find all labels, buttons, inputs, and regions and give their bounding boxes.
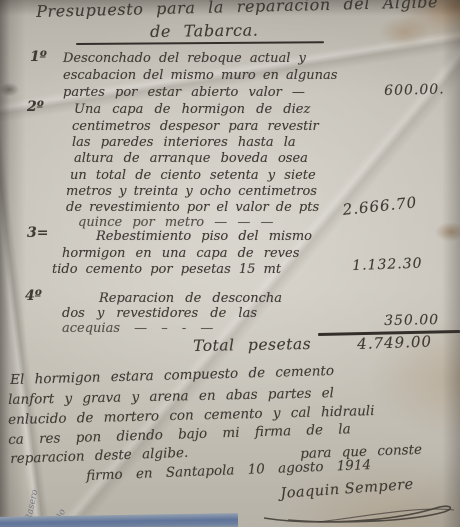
item-2-line: Una capa de hormigon de diez xyxy=(74,102,310,117)
item-2-line: quince por metro — — — xyxy=(78,215,274,230)
item-2-line: un total de ciento setenta y siete xyxy=(70,168,316,183)
signature-rubric xyxy=(258,498,460,526)
item-3-line: Rebestimiento piso del mismo xyxy=(96,229,312,244)
document-title-line1: Presupuesto para la reparacion del Algib… xyxy=(36,0,438,19)
item-1-number: 1º xyxy=(30,50,47,65)
item-2-line: altura de arranque boveda osea xyxy=(74,151,308,166)
total-label: Total pesetas xyxy=(193,337,311,354)
item-2-number: 2º xyxy=(27,100,44,115)
item-1-value: 600.00. xyxy=(384,82,445,99)
item-4-line: acequias — – - — xyxy=(62,321,213,336)
total-value: 4.749.00 xyxy=(357,334,432,352)
item-3-line: hormigon en una capa de reves xyxy=(62,246,299,261)
item-1-line: Desconchado del reboque actual y xyxy=(63,51,306,66)
manuscript-page: Presupuesto para la reparacion del Algib… xyxy=(0,0,460,527)
item-1-line: escabacion del mismo muro en algunas xyxy=(63,68,337,83)
item-3-number: 3= xyxy=(27,226,48,241)
item-2-line: metros y treinta y ocho centimetros xyxy=(66,184,317,199)
item-4-number: 4º xyxy=(25,289,42,304)
item-4-value: 350.00 xyxy=(384,313,439,329)
document-title-line2: de Tabarca. xyxy=(150,22,259,39)
item-2-line: centimetros despesor para revestir xyxy=(72,119,319,134)
title-underline xyxy=(76,41,324,45)
item-3-line: tido cemento por pesetas 15 mt xyxy=(52,262,281,277)
item-3-value: 1.132.30 xyxy=(352,257,423,274)
item-2-line: de revestimiento por el valor de pts xyxy=(66,200,319,215)
item-1-line: partes por estar abierto valor — xyxy=(63,85,305,100)
closing-line: El hormigon estara compuesto de cemento xyxy=(10,364,334,388)
item-2-line: las paredes interiores hasta la xyxy=(72,135,296,150)
item-4-line: Reparacion de desconcha xyxy=(99,291,282,306)
item-4-line: dos y revestidores de las xyxy=(62,306,257,321)
item-2-value: 2.666.70 xyxy=(342,195,418,218)
blue-paper-edge xyxy=(0,513,238,527)
closing-line: reparacion deste algibe. xyxy=(10,446,189,467)
